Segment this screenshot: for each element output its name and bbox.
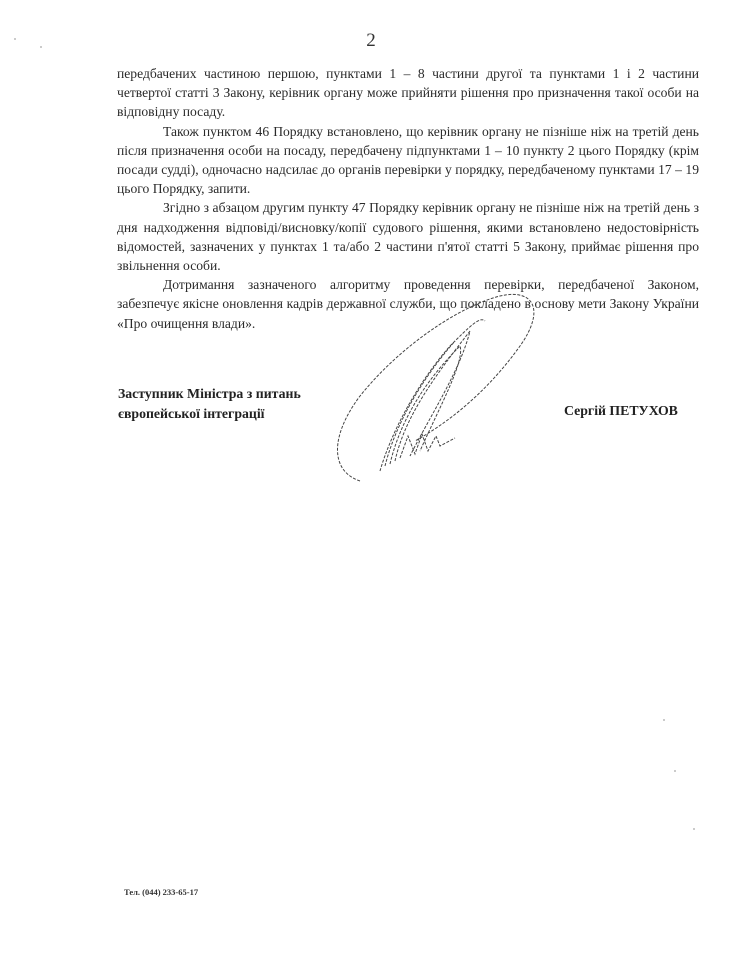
scan-artifact — [674, 770, 676, 772]
position-line-2: європейської інтеграції — [118, 404, 301, 424]
scan-artifact — [40, 46, 42, 48]
page-number: 2 — [0, 30, 742, 52]
signatory-name: Сергій ПЕТУХОВ — [564, 403, 678, 419]
scan-artifact — [14, 38, 16, 40]
footer-phone: Тел. (044) 233-65-17 — [124, 887, 198, 897]
paragraph-1: передбачених частиною першою, пунктами 1… — [117, 64, 699, 122]
paragraph-2: Також пунктом 46 Порядку встановлено, що… — [117, 122, 699, 199]
signatory-position: Заступник Міністра з питань європейської… — [118, 384, 301, 424]
scan-artifact — [663, 719, 665, 721]
scan-artifact — [693, 828, 695, 830]
handwritten-signature-icon — [320, 286, 550, 496]
position-line-1: Заступник Міністра з питань — [118, 384, 301, 404]
paragraph-3: Згідно з абзацом другим пункту 47 Порядк… — [117, 198, 699, 275]
